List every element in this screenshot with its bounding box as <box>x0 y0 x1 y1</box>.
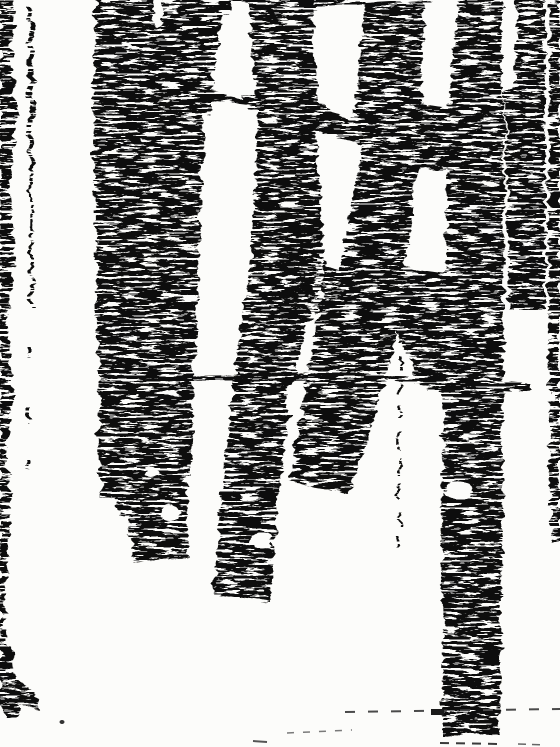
white-splat-a-low <box>160 504 180 520</box>
thin-line-dash-2 <box>27 406 31 427</box>
bottom-dash-2 <box>253 741 267 742</box>
wedge-ab-gap <box>206 103 258 274</box>
thin-line-dash-3 <box>26 458 29 469</box>
de-connector-upper <box>405 104 450 163</box>
abstract-print-svg <box>0 0 560 747</box>
white-splat-b <box>251 533 273 547</box>
bar-e-tall <box>442 0 505 737</box>
faint-dash-blob <box>431 709 444 715</box>
thin-line-dash-1 <box>28 348 31 357</box>
wedge-bd-upper <box>312 6 363 108</box>
stray-speck <box>60 720 65 724</box>
white-splat-bd-gap <box>285 386 301 414</box>
artwork-canvas <box>0 0 560 747</box>
white-splat-a-mid <box>144 467 158 477</box>
white-splat-e <box>446 479 472 499</box>
